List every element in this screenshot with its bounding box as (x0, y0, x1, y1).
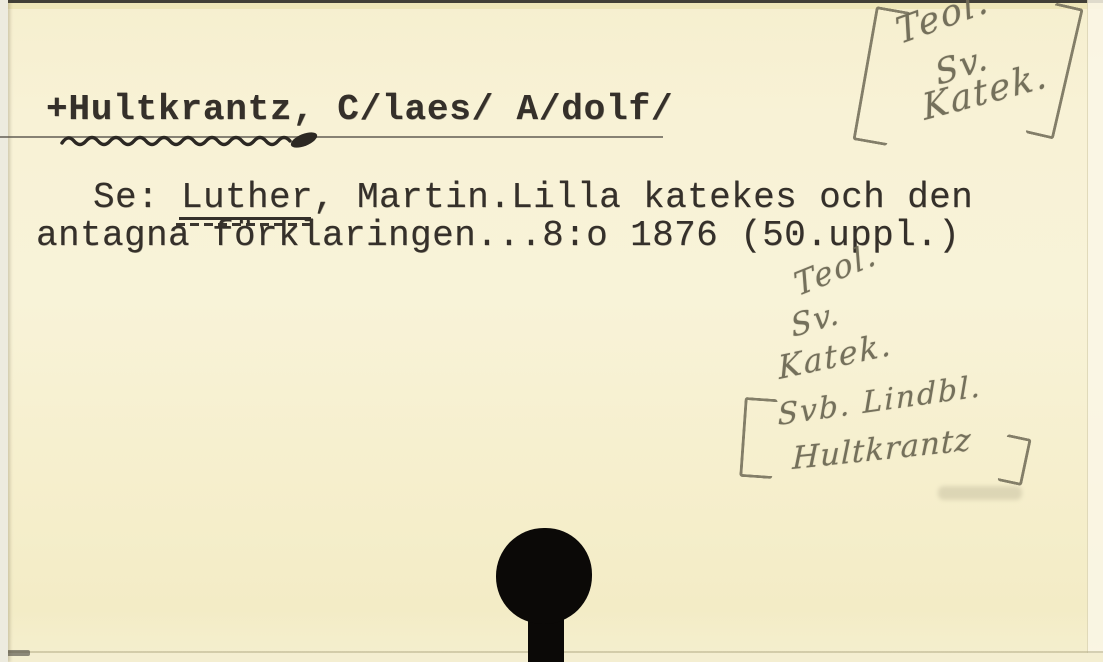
reference-line-1: Se: Luther, Martin.Lilla katekes och den (93, 179, 973, 217)
pencil-note-bracket-close (997, 434, 1031, 486)
pencil-note-bracket-open (739, 397, 778, 479)
punch-hole-keyhole (496, 528, 592, 624)
reference-linked-name: Luther (181, 177, 313, 218)
catalog-card: +Hultkrantz, C/laes/ A/dolf/ Se: Luther,… (0, 0, 1103, 662)
erased-pencil-smudge (938, 486, 1022, 500)
card-left-edge (0, 0, 8, 662)
reference-prefix: Se: (93, 177, 181, 218)
scanned-card-image: +Hultkrantz, C/laes/ A/dolf/ Se: Luther,… (0, 0, 1103, 662)
reference-line-2: antagna förklaringen...8:o 1876 (50.uppl… (36, 217, 960, 255)
reference-rest: , Martin.Lilla katekes och den (313, 177, 973, 218)
pencil-note-bracketed-line: Hultkrantz (792, 422, 972, 477)
wavy-underline (58, 126, 326, 154)
card-heading: +Hultkrantz, C/laes/ A/dolf/ (46, 92, 673, 128)
card-right-edge (1087, 0, 1103, 662)
